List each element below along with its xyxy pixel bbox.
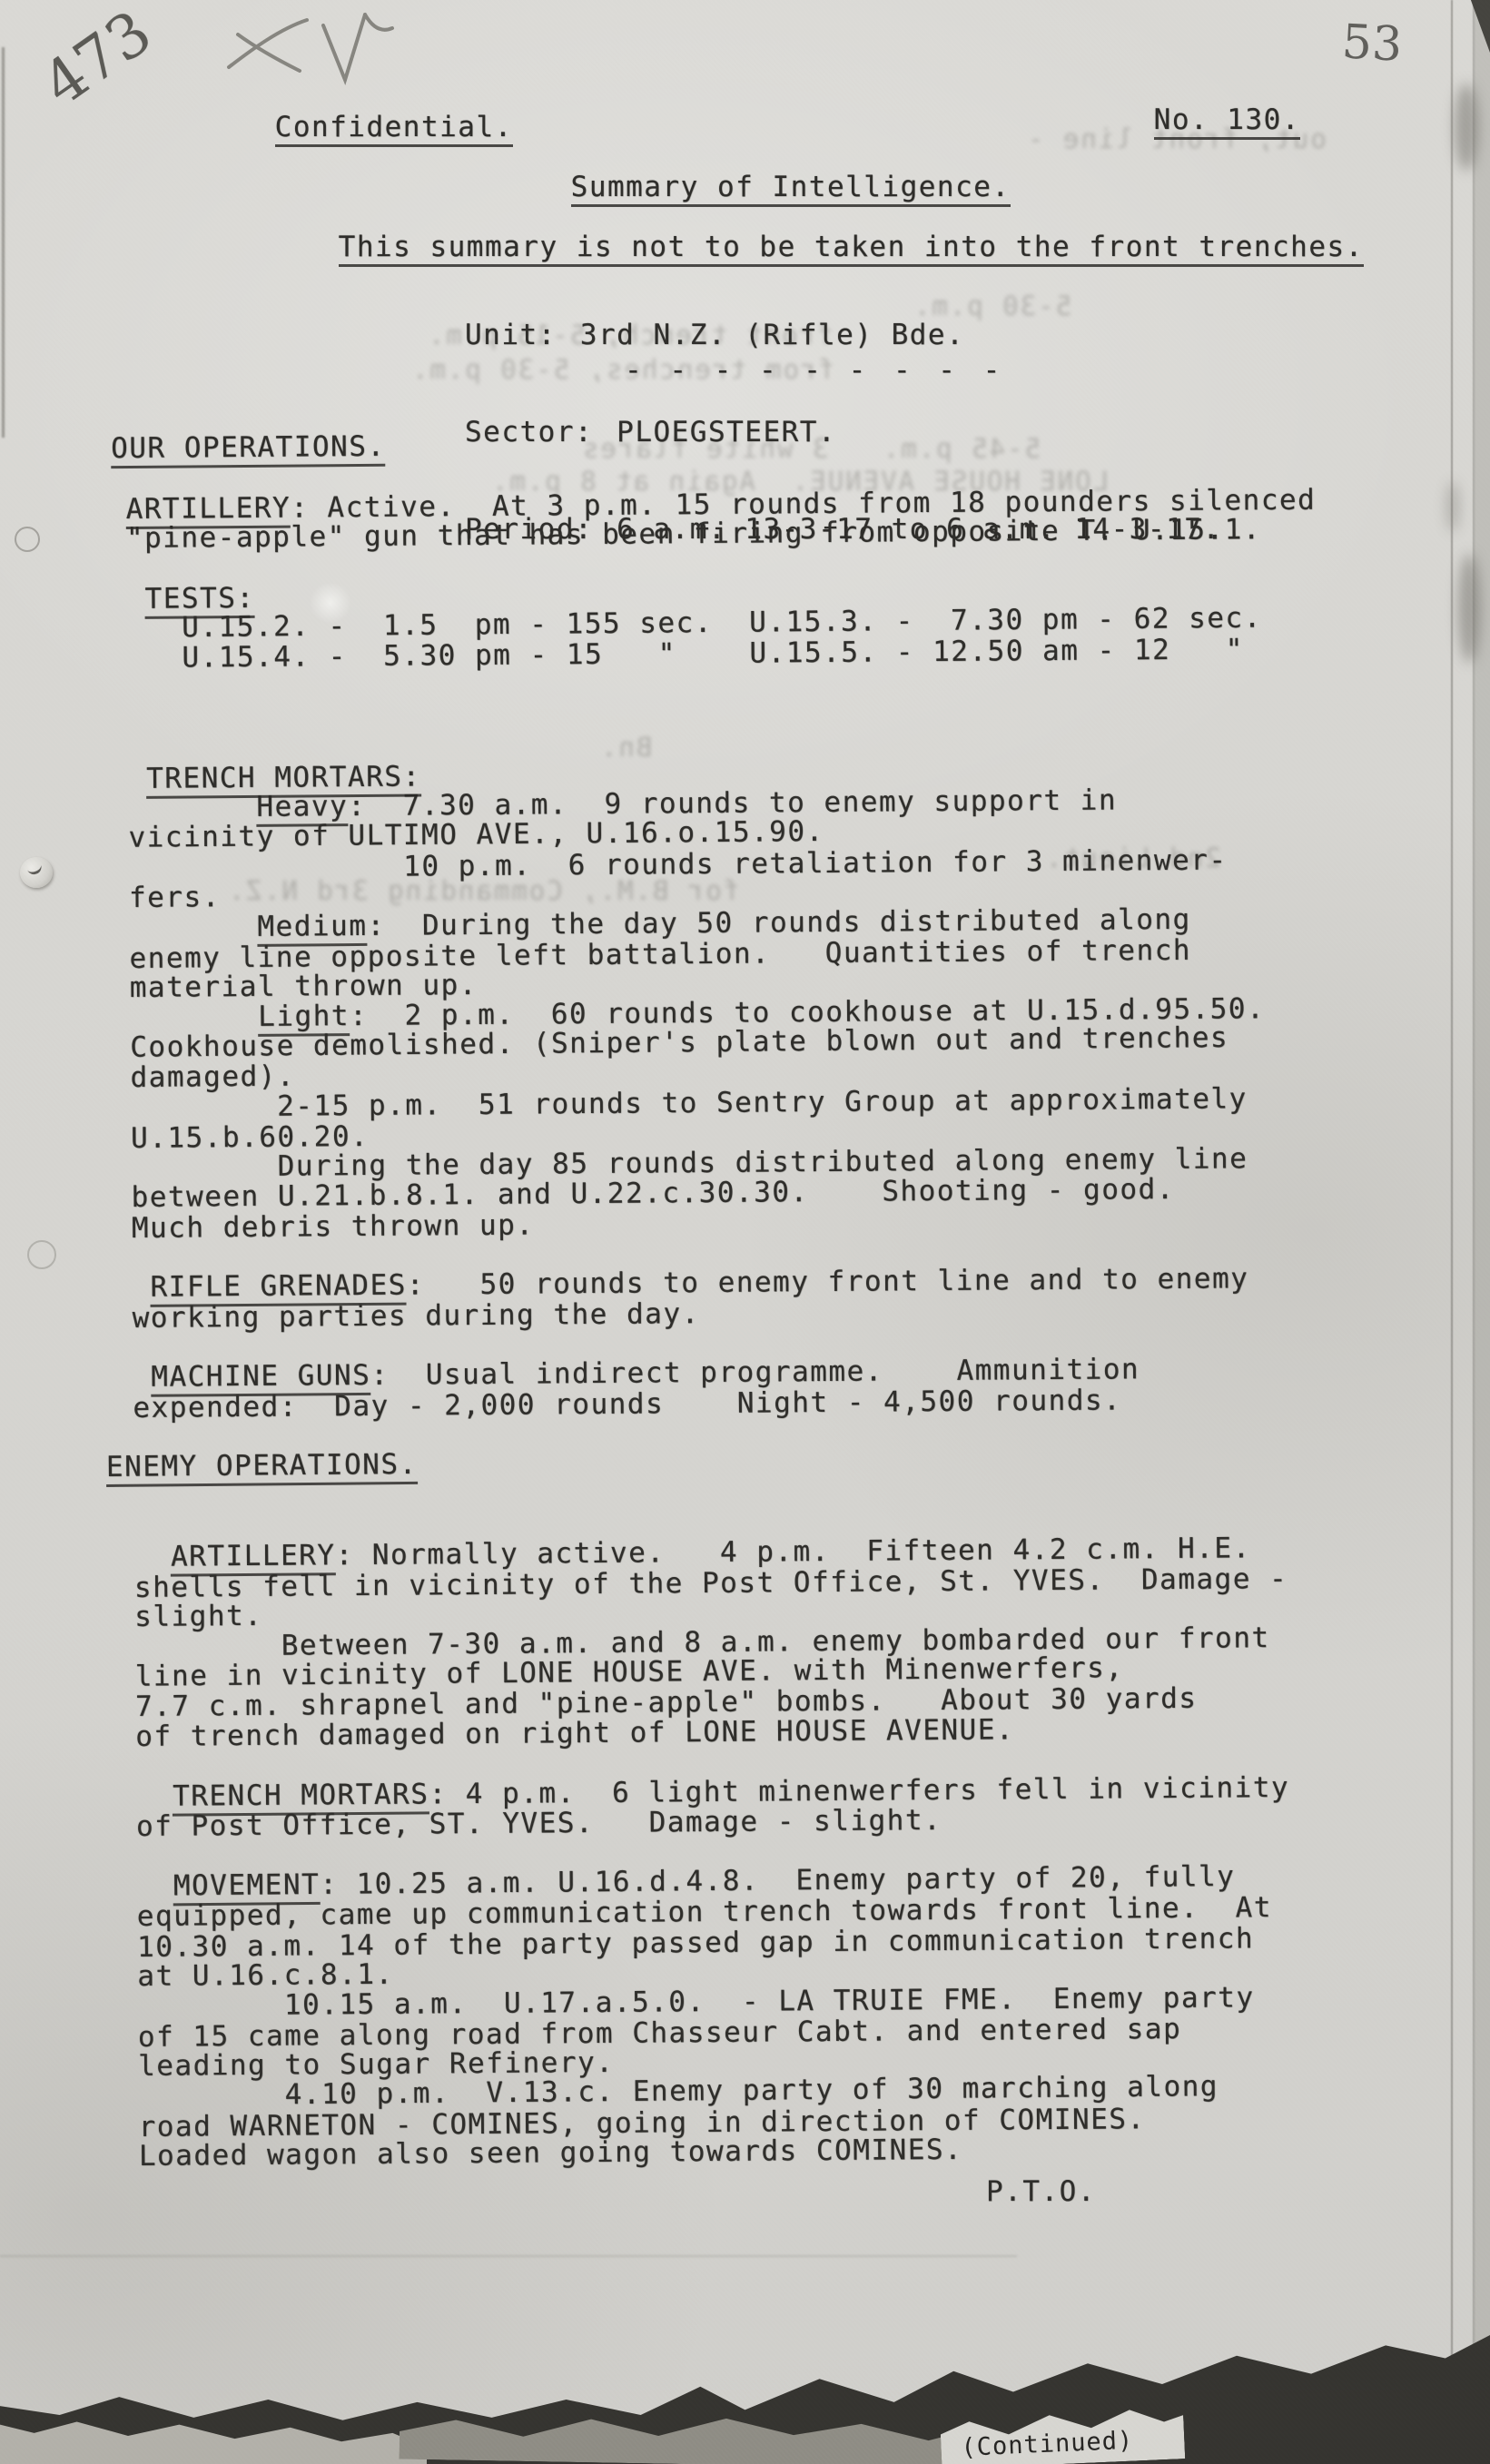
smudge-mark	[1455, 84, 1478, 171]
smudge-mark	[1458, 554, 1480, 663]
unit-value: 3rd N.Z. (Rifle) Bde.	[557, 319, 964, 351]
handwritten-page-number: 53	[1340, 15, 1403, 72]
handwritten-folio-number: 473	[30, 0, 163, 120]
pto-label: P.T.O.	[986, 2175, 1096, 2208]
dashed-divider: - - - - - - - - -	[625, 354, 1005, 387]
light-stain	[309, 583, 352, 623]
unit-row: Unit:3rd N.Z. (Rifle) Bde.	[465, 320, 1221, 351]
typed-body: OUR OPERATIONS. ARTILLERY: Active. At 3 …	[125, 424, 1446, 2172]
unit-label: Unit:	[465, 319, 557, 351]
paper-crease	[0, 2255, 1017, 2257]
underlined-heading: OUR OPERATIONS.	[111, 430, 386, 468]
paper-ring-mark	[15, 527, 40, 552]
underlined-heading: MOVEMENT	[173, 1868, 321, 1906]
document-number-text: No. 130.	[1154, 103, 1300, 140]
smudge-mark	[1446, 481, 1460, 532]
document-page: out, front line -5-30 p.m.front trench, …	[0, 0, 1490, 2464]
fold-shadow	[1475, 0, 1490, 2351]
continued-label: (Continued)	[961, 2427, 1134, 2462]
underlined-heading: TRENCH MORTARS:	[146, 760, 421, 798]
classification-label: Confidential.	[202, 78, 513, 176]
document-number: No. 130.	[1080, 71, 1300, 169]
fold-line	[1451, 0, 1453, 2361]
classification-text: Confidential.	[275, 111, 513, 147]
paper-ring-mark	[27, 1240, 56, 1269]
underlined-heading: ARTILLERY	[126, 492, 291, 529]
scan-edge-line	[2, 47, 5, 438]
